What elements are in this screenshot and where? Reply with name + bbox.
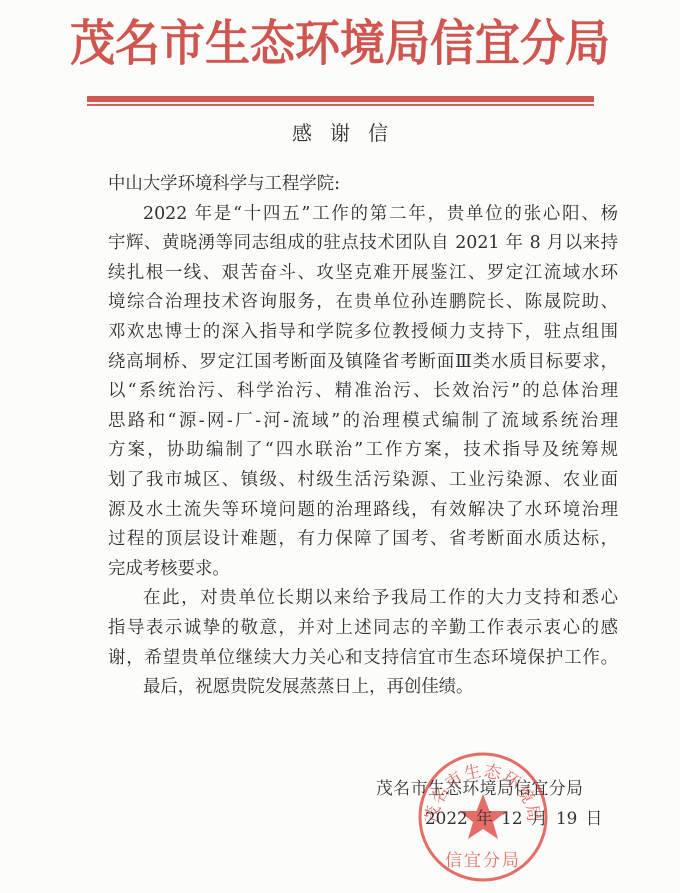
body-line: 境综合治理技术咨询服务，在贵单位孙连鹏院长、陈晟院助、	[108, 288, 618, 318]
body-line: 谢，希望贵单位继续大力关心和支持信宜市生态环境保护工作。	[108, 644, 618, 674]
letter-body: 中山大学环境科学与工程学院: 2022 年是“十四五”工作的第二年，贵单位的张心…	[108, 170, 618, 703]
body-line: 源及水土流失等环境问题的治理路线，有效解决了水环境治理	[108, 496, 618, 526]
letterhead-rule-thick	[87, 96, 594, 102]
document-title: 感谢信	[0, 118, 680, 148]
body-line: 宇辉、黄晓湧等同志组成的驻点技术团队自 2021 年 8 月以来持	[108, 229, 618, 259]
body-line: 方案，协助编制了“四水联治”工作方案，技术指导及统筹规	[108, 436, 618, 466]
body-line: 邓欢忠博士的深入指导和学院多位教授倾力支持下，驻点组围	[108, 318, 618, 348]
body-line: 在此，对贵单位长期以来给予我局工作的大力支持和悉心	[108, 584, 618, 614]
seal-bottom-text: 信宜分局	[445, 851, 521, 871]
body-line: 划了我市城区、镇级、村级生活污染源、工业污染源、农业面	[108, 466, 618, 496]
letter-page: 茂名市生态环境局信宜分局 感谢信 中山大学环境科学与工程学院: 2022 年是“…	[0, 0, 680, 893]
letterhead-org-name: 茂名市生态环境局信宜分局	[0, 9, 680, 78]
body-line: 以“系统治污、科学治污、精准治污、长效治污”的总体治理	[108, 377, 618, 407]
body-line: 过程的顶层设计难题，有力保障了国考、省考断面水质达标，	[108, 525, 618, 555]
body-line: 最后，祝愿贵院发展蒸蒸日上，再创佳绩。	[108, 673, 618, 703]
signature-block: 茂名市生态环境局信宜分局 2022 年 12 月 19 日	[376, 773, 602, 833]
body-line: 续扎根一线、艰苦奋斗、攻坚克难开展鉴江、罗定江流域水环	[108, 259, 618, 289]
salutation: 中山大学环境科学与工程学院:	[108, 170, 618, 200]
body-line: 完成考核要求。	[108, 555, 618, 585]
body-line: 绕高垌桥、罗定江国考断面及镇隆省考断面Ⅲ类水质目标要求，	[108, 348, 618, 378]
body-line: 指导表示诚挚的敬意，并对上述同志的辛勤工作表示衷心的感	[108, 614, 618, 644]
signature-date: 2022 年 12 月 19 日	[376, 803, 602, 833]
body-line: 思路和“源-网-厂-河-流域”的治理模式编制了流域系统治理	[108, 407, 618, 437]
signature-org: 茂名市生态环境局信宜分局	[376, 773, 602, 803]
body-line: 2022 年是“十四五”工作的第二年，贵单位的张心阳、杨	[108, 200, 618, 230]
letterhead-rule-thin	[87, 104, 594, 106]
